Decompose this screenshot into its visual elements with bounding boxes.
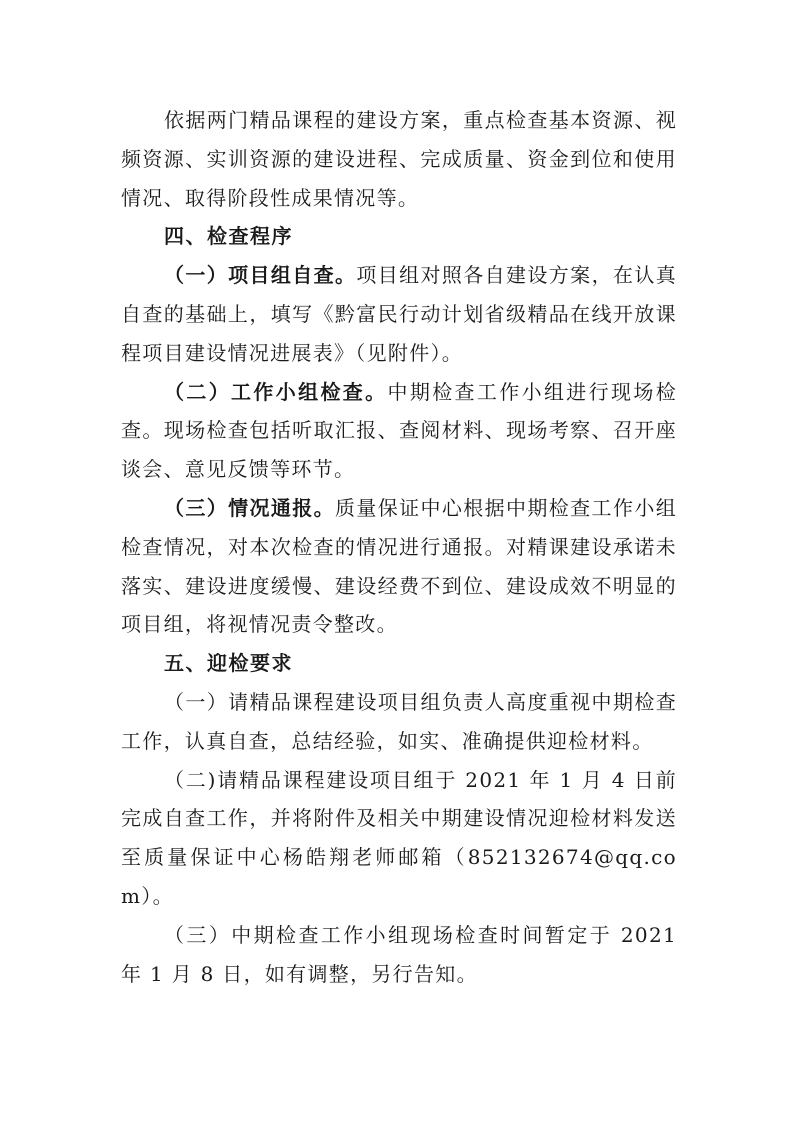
paragraph-working-group-check: （二）工作小组检查。中期检查工作小组进行现场检查。现场检查包括听取汇报、查阅材料…	[121, 373, 677, 489]
section-heading-inspection-procedure: 四、检查程序	[121, 217, 677, 256]
item-lead-working-group: （二）工作小组检查。	[164, 380, 388, 404]
paragraph-requirement-2: （二)请精品课程建设项目组于 2021 年 1 月 4 日前完成自查工作，并将附…	[121, 761, 677, 916]
document-page: 依据两门精品课程的建设方案，重点检查基本资源、视频资源、实训资源的建设进程、完成…	[121, 101, 677, 993]
paragraph-situation-report: （三）情况通报。质量保证中心根据中期检查工作小组检查情况，对本次检查的情况进行通…	[121, 489, 677, 644]
section-heading-inspection-requirements: 五、迎检要求	[121, 644, 677, 683]
paragraph-inspection-content: 依据两门精品课程的建设方案，重点检查基本资源、视频资源、实训资源的建设进程、完成…	[121, 101, 677, 217]
paragraph-project-self-check: （一）项目组自查。项目组对照各自建设方案，在认真自查的基础上，填写《黔富民行动计…	[121, 256, 677, 372]
item-lead-self-check: （一）项目组自查。	[164, 263, 356, 287]
paragraph-requirement-3: （三）中期检查工作小组现场检查时间暂定于 2021 年 1 月 8 日，如有调整…	[121, 916, 677, 994]
item-lead-situation-report: （三）情况通报。	[164, 496, 335, 520]
paragraph-requirement-1: （一）请精品课程建设项目组负责人高度重视中期检查工作，认真自查，总结经验，如实、…	[121, 683, 677, 761]
